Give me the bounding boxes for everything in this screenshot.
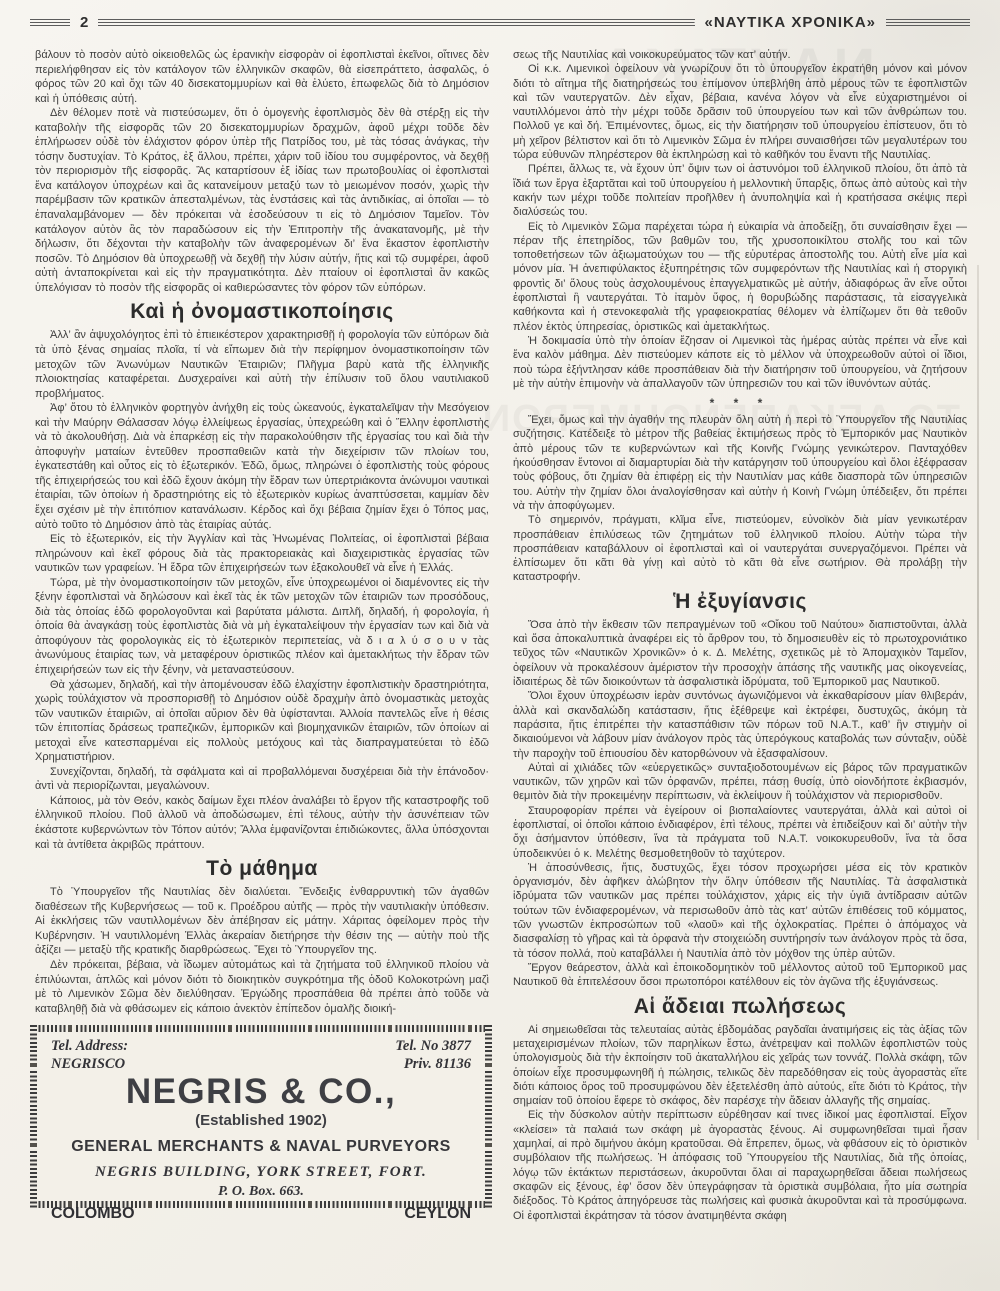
paragraph: Οἱ κ.κ. Λιμενικοὶ ὀφείλουν νὰ γνωρίζουν … — [513, 62, 967, 162]
ad-company-name: NEGRIS & CO., — [51, 1074, 471, 1111]
paragraph: Συνεχίζονται, δηλαδή, τὰ σφάλματα καὶ αἱ… — [35, 765, 489, 794]
paragraph: Ἡ ἀποσύνθεσις, ἥτις, δυστυχῶς, ἔχει τόσο… — [513, 861, 967, 961]
paragraph: βάλουν τὸ ποσὸν αὐτὸ οἰκειοθελῶς ὡς ἐραν… — [35, 48, 489, 106]
paragraph: Ἔργον θεάρεστον, ἀλλὰ καὶ ἐποικοδομητικὸ… — [513, 961, 967, 990]
ad-border — [30, 1025, 492, 1032]
ad-street-address: NEGRIS BUILDING, YORK STREET, FORT. — [51, 1164, 471, 1181]
ad-tel-address-value: NEGRISCO — [51, 1055, 128, 1073]
ad-telephone-main: Tel. No 3877 — [395, 1037, 471, 1055]
column-left: βάλουν τὸ ποσὸν αὐτὸ οἰκειοθελῶς ὡς ἐραν… — [35, 48, 489, 1223]
page-number: 2 — [80, 14, 88, 31]
section-heading-onomastikopoiisis: Καὶ ἡ ὀνομαστικοποίησις — [35, 300, 489, 324]
masthead-title: «ΝΑΥΤΙΚΑ ΧΡΟΝΙΚΑ» — [705, 14, 877, 31]
paragraph: Εἰς τὴν δύσκολον αὐτὴν περίπτωσιν εὑρέθη… — [513, 1108, 967, 1222]
paragraph: Θὰ χάσωμεν, δηλαδή, καὶ τὴν ἀπομένουσαν … — [35, 678, 489, 765]
paragraph: Εἰς τὸ ἐξωτερικόν, εἰς τὴν Ἀγγλίαν καὶ τ… — [35, 532, 489, 576]
ad-tel-address-label: Tel. Address: — [51, 1037, 128, 1055]
page-edge-scan-line — [977, 265, 979, 1140]
ad-po-box: P. O. Box. 663. — [51, 1184, 471, 1200]
magazine-page: ΝΑΥΤΙΚΑ ΤΟ ΔΕΚΑΠΕΝΘΗΜΕΡΟΝ 2 «ΝΑΥΤΙΚΑ ΧΡΟ… — [0, 0, 1000, 1291]
paragraph: Ἡ δοκιμασία ὑπὸ τὴν ὁποίαν ἔζησαν οἱ Λιμ… — [513, 334, 967, 391]
paragraph: Τώρα, μὲ τὴν ὀνομαστικοποίησιν τῶν μετοχ… — [35, 576, 489, 678]
section-heading-mathima: Τὸ μάθημα — [35, 857, 489, 881]
ad-established: (Established 1902) — [51, 1112, 471, 1129]
header-rule — [30, 19, 70, 26]
asterisk-separator: * * * — [513, 396, 967, 410]
paragraph: Τὸ Ὑπουργεῖον τῆς Ναυτιλίας δὲν διαλύετα… — [35, 885, 489, 958]
paragraph: Εἰς τὸ Λιμενικὸν Σῶμα παρέχεται τώρα ἡ ε… — [513, 220, 967, 334]
paragraph: Δὲν θέλομεν ποτὲ νὰ πιστεύσωμεν, ὅτι ὁ ὁ… — [35, 106, 489, 295]
paragraph: σεως τῆς Ναυτιλίας καὶ νοικοκυρεύματος τ… — [513, 48, 967, 62]
paragraph: Ἀφ’ ὅτου τὸ ἑλληνικὸν φορτηγὸν ἀνήχθη εἰ… — [35, 401, 489, 532]
ad-telephone-private: Priv. 81136 — [395, 1055, 471, 1073]
ad-country: CEYLON — [404, 1205, 471, 1223]
paragraph: Κάποιος, μὰ τὸν Θεόν, κακὸς δαίμων ἔχει … — [35, 794, 489, 852]
paragraph: Σταυροφορίαν πρέπει νὰ ἐγείρουν οἱ βιοπα… — [513, 804, 967, 861]
section-heading-exygiansis: Ἡ ἐξυγίανσις — [513, 590, 967, 614]
section-heading-adeiai-poliseos: Αἱ ἄδειαι πωλήσεως — [513, 995, 967, 1019]
paragraph: Τὸ σημερινόν, πράγματι, κλῖμα εἶνε, πιστ… — [513, 513, 967, 584]
ad-location-row: COLOMBO CEYLON — [51, 1205, 471, 1223]
paragraph: Ἔχει, ὅμως καὶ τὴν ἀγαθήν της πλευρὰν ὅλ… — [513, 413, 967, 513]
paragraph: Πρέπει, ἄλλως τε, νὰ ἔχουν ὑπ’ ὄψιν των … — [513, 162, 967, 219]
column-right: σεως τῆς Ναυτιλίας καὶ νοικοκυρεύματος τ… — [513, 48, 967, 1223]
page-header: 2 «ΝΑΥΤΙΚΑ ΧΡΟΝΙΚΑ» — [30, 14, 970, 31]
ad-business-line: GENERAL MERCHANTS & NAVAL PURVEYORS — [51, 1138, 471, 1156]
paragraph: Ὅσα ἀπὸ τὴν ἔκθεσιν τῶν πεπραγμένων τοῦ … — [513, 618, 967, 689]
ad-telephone-numbers: Tel. No 3877 Priv. 81136 — [395, 1037, 471, 1073]
ad-border — [30, 1025, 37, 1208]
paragraph: Ὅλοι ἔχουν ὑποχρέωσιν ἱερὰν συντόνως ἀγω… — [513, 689, 967, 760]
header-rule — [886, 19, 970, 26]
header-rule — [98, 19, 694, 26]
ad-telegram-row: Tel. Address: NEGRISCO Tel. No 3877 Priv… — [51, 1037, 471, 1073]
paragraph: Αὐταὶ αἱ χιλιάδες τῶν «εὐεργετικῶς» συντ… — [513, 761, 967, 804]
article-columns: βάλουν τὸ ποσὸν αὐτὸ οἰκειοθελῶς ὡς ἐραν… — [35, 48, 967, 1223]
negris-advertisement: Tel. Address: NEGRISCO Tel. No 3877 Priv… — [30, 1025, 492, 1208]
ad-telegraphic-address: Tel. Address: NEGRISCO — [51, 1037, 128, 1073]
ad-border — [485, 1025, 492, 1208]
ad-content: Tel. Address: NEGRISCO Tel. No 3877 Priv… — [39, 1034, 483, 1199]
paragraph: Δὲν πρόκειται, βέβαια, νὰ ἴδωμεν αὐτομάτ… — [35, 958, 489, 1016]
paragraph: Ἀλλ’ ἂν ἀψυχολόγητος ἐπὶ τὸ ἐπιεικέστερο… — [35, 328, 489, 401]
ad-city: COLOMBO — [51, 1205, 135, 1223]
paragraph: Αἱ σημειωθεῖσαι τὰς τελευταίας αὐτὰς ἑβδ… — [513, 1023, 967, 1109]
